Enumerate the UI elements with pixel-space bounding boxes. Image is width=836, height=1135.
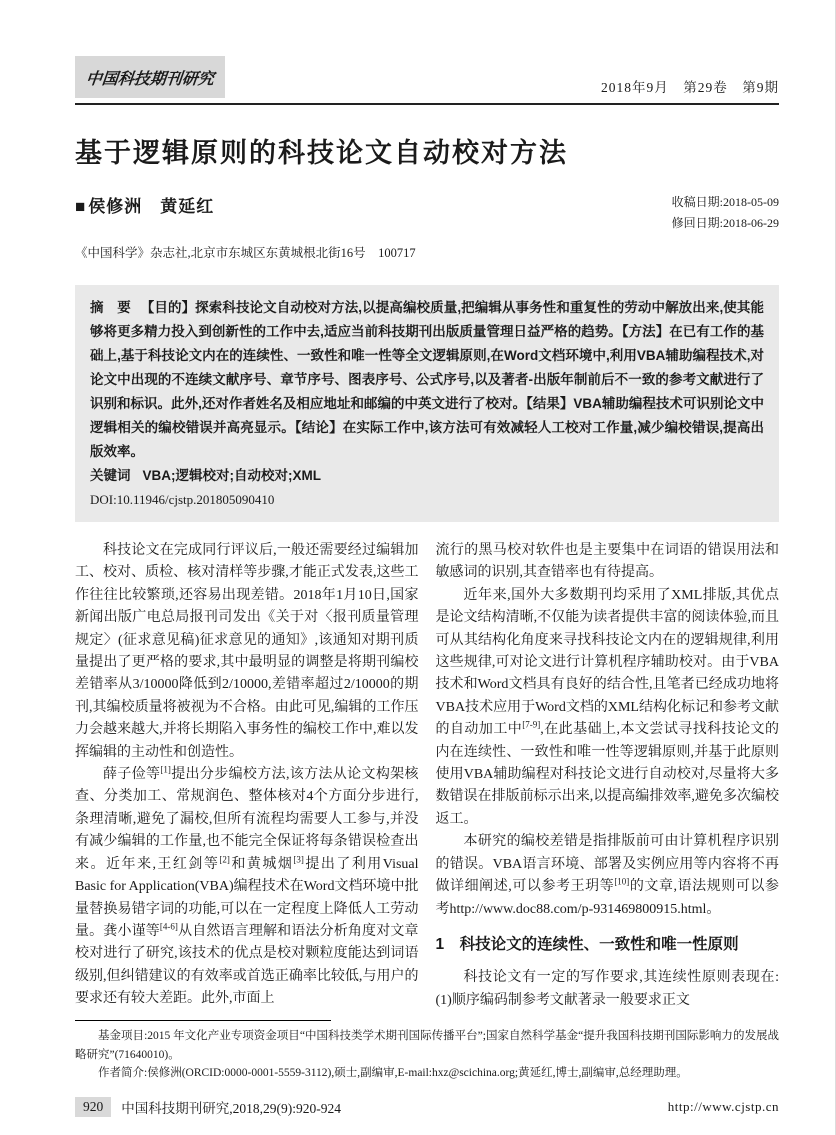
author-bio-note: 作者简介:侯修洲(ORCID:0000-0001-5559-3112),硕士,副… (75, 1064, 779, 1083)
citation-marker: [7-9] (522, 720, 540, 730)
journal-logo-text: 中国科技期刊研究 (85, 66, 215, 89)
journal-page: 中国科技期刊研究 2018年9月 第29卷 第9期 基于逻辑原则的科技论文自动校… (0, 0, 836, 1135)
page-footer: 920 中国科技期刊研究,2018,29(9):920-924 http://w… (75, 1097, 779, 1117)
body-paragraph: 薛子俭等[1]提出分步编校方法,该方法从论文构架核查、分类加工、常规润色、整体核… (75, 764, 419, 1010)
footnote-divider (75, 1020, 331, 1021)
abstract-label: 摘 要 (90, 300, 131, 315)
doi: DOI:10.11946/cjstp.201805090410 (90, 488, 764, 512)
keywords-text: VBA;逻辑校对;自动校对;XML (143, 468, 322, 483)
footer-citation-group: 920 中国科技期刊研究,2018,29(9):920-924 (75, 1097, 341, 1117)
received-date: 收稿日期:2018-05-09 (672, 192, 779, 213)
body-paragraph: 科技论文有一定的写作要求,其连续性原则表现在:(1)顺序编码制参考文献著录一般要… (436, 967, 780, 1012)
body-column-left: 科技论文在完成同行评议后,一般还需要经过编辑加工、校对、质检、核对清样等步骤,才… (75, 540, 419, 1012)
fund-note: 基金项目:2015 年文化产业专项资金项目“中国科技类学术期刊国际传播平台”;国… (75, 1027, 779, 1064)
keywords-row: 关键词VBA;逻辑校对;自动校对;XML (90, 464, 764, 488)
article-body: 科技论文在完成同行评议后,一般还需要经过编辑加工、校对、质检、核对清样等步骤,才… (75, 540, 779, 1012)
manuscript-dates: 收稿日期:2018-05-09 修回日期:2018-06-29 (672, 192, 779, 234)
body-column-right: 流行的黑马校对软件也是主要集中在词语的错误用法和敏感词的识别,其查错率也有待提高… (436, 540, 780, 1012)
author-row: ■侯修洲 黄延红 收稿日期:2018-05-09 修回日期:2018-06-29 (75, 192, 779, 234)
author-marker-icon: ■ (75, 197, 86, 216)
body-paragraph: 流行的黑马校对软件也是主要集中在词语的错误用法和敏感词的识别,其查错率也有待提高… (436, 540, 780, 585)
author-affiliation: 《中国科学》杂志社,北京市东城区东黄城根北街16号 100717 (75, 243, 779, 261)
abstract-text: 【目的】探索科技论文自动校对方法,以提高编校质量,把编辑从事务性和重复性的劳动中… (90, 300, 764, 459)
footer-url: http://www.cjstp.cn (668, 1099, 779, 1115)
article-title: 基于逻辑原则的科技论文自动校对方法 (75, 131, 779, 170)
citation-marker: [1] (160, 764, 171, 774)
section-heading: 1 科技论文的连续性、一致性和唯一性原则 (436, 934, 780, 956)
author-names-text: 侯修洲 黄延红 (88, 197, 214, 216)
citation-marker: [4-6] (160, 921, 178, 931)
footer-citation: 中国科技期刊研究,2018,29(9):920-924 (121, 1097, 341, 1117)
journal-logo: 中国科技期刊研究 (75, 56, 225, 98)
citation-marker: [3] (293, 854, 304, 864)
citation-marker: [2] (219, 854, 230, 864)
body-paragraph: 本研究的编校差错是指排版前可由计算机程序识别的错误。VBA语言环境、部署及实例应… (436, 831, 780, 921)
body-paragraph: 科技论文在完成同行评议后,一般还需要经过编辑加工、校对、质检、核对清样等步骤,才… (75, 540, 419, 764)
keywords-label: 关键词 (90, 468, 131, 483)
footnotes: 基金项目:2015 年文化产业专项资金项目“中国科技类学术期刊国际传播平台”;国… (75, 1027, 779, 1083)
page-header: 中国科技期刊研究 2018年9月 第29卷 第9期 (75, 0, 779, 105)
page-number: 920 (75, 1097, 111, 1117)
revised-date: 修回日期:2018-06-29 (672, 213, 779, 234)
author-names: ■侯修洲 黄延红 (75, 192, 214, 217)
body-paragraph: 近年来,国外大多数期刊均采用了XML排版,其优点是论文结构清晰,不仅能为读者提供… (436, 585, 780, 831)
citation-marker: [10] (614, 876, 629, 886)
issue-info: 2018年9月 第29卷 第9期 (601, 76, 779, 98)
abstract-box: 摘 要【目的】探索科技论文自动校对方法,以提高编校质量,把编辑从事务性和重复性的… (75, 285, 779, 522)
abstract-paragraph: 摘 要【目的】探索科技论文自动校对方法,以提高编校质量,把编辑从事务性和重复性的… (90, 296, 764, 464)
